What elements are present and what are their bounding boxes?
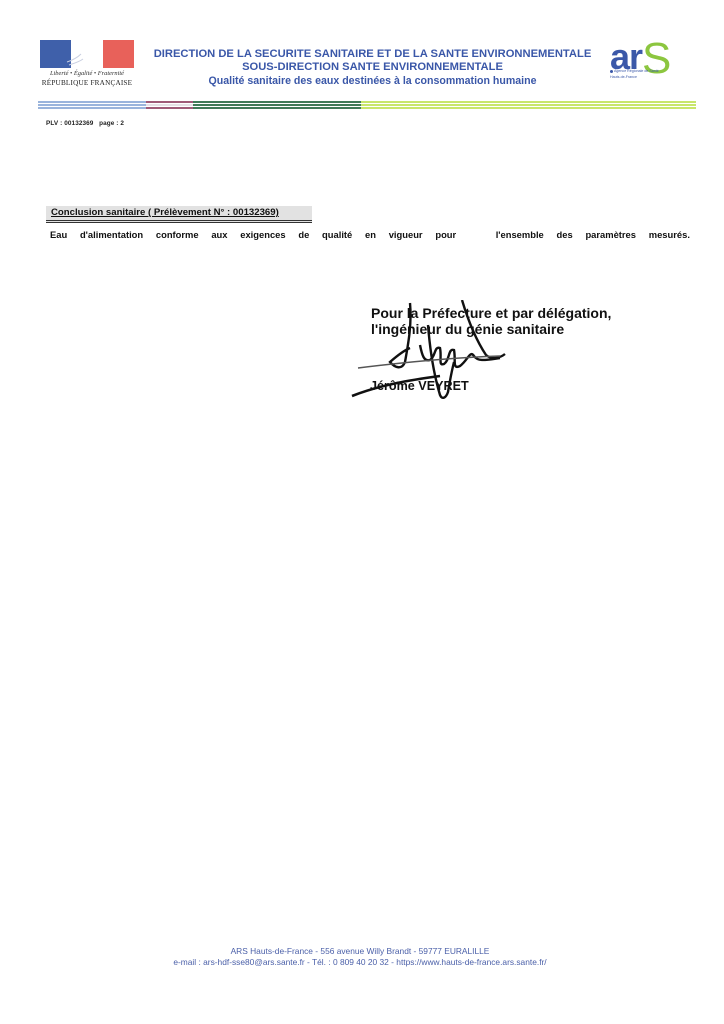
- spacer: [469, 229, 483, 240]
- conclusion-text: Eau d'alimentation conforme aux exigence…: [50, 229, 690, 240]
- conclusion-word: mesurés.: [649, 229, 690, 240]
- document-header: DIRECTION DE LA SECURITE SANITAIRE ET DE…: [140, 48, 605, 88]
- ars-logo: arS Agence Régionale de Santé Hauts-de-F…: [606, 38, 696, 90]
- conclusion-word: paramètres: [585, 229, 636, 240]
- conclusion-word: pour: [435, 229, 456, 240]
- conclusion-word: l'ensemble: [496, 229, 544, 240]
- ars-logo-agency: Agence Régionale de Santé: [614, 69, 659, 73]
- conclusion-word: des: [557, 229, 573, 240]
- republique-francaise-logo: Liberté • Égalité • Fraternité RÉPUBLIQU…: [38, 40, 136, 90]
- header-divider: [38, 101, 696, 110]
- republic-motto: Liberté • Égalité • Fraternité: [38, 70, 136, 77]
- handwritten-signature-icon: [350, 300, 530, 400]
- ars-logo-region: Hauts-de-France: [610, 75, 637, 79]
- conclusion-word: aux: [211, 229, 227, 240]
- signature-block: Pour la Préfecture et par délégation, l'…: [350, 300, 700, 400]
- conclusion-word: d'alimentation: [80, 229, 143, 240]
- conclusion-word: de: [298, 229, 309, 240]
- ars-logo-s: S: [642, 34, 670, 83]
- conclusion-word: en: [365, 229, 376, 240]
- footer-contact: e-mail : ars-hdf-sse80@ars.sante.fr - Té…: [100, 957, 620, 968]
- tricolor-flag-icon: [40, 40, 134, 68]
- conclusion-word: exigences: [240, 229, 285, 240]
- conclusion-heading-box: Conclusion sanitaire ( Prélèvement N° : …: [46, 206, 312, 223]
- sample-reference: PLV : 00132369 page : 2: [46, 120, 124, 127]
- marianne-profile-icon: [57, 40, 97, 68]
- header-title-direction: DIRECTION DE LA SECURITE SANITAIRE ET DE…: [140, 48, 605, 61]
- conclusion-word: vigueur: [389, 229, 423, 240]
- conclusion-word: qualité: [322, 229, 352, 240]
- republic-name: RÉPUBLIQUE FRANÇAISE: [38, 79, 136, 87]
- conclusion-word: conforme: [156, 229, 199, 240]
- conclusion-heading: Conclusion sanitaire ( Prélèvement N° : …: [51, 207, 279, 218]
- bullet-icon: [610, 70, 613, 73]
- conclusion-word: Eau: [50, 229, 67, 240]
- header-title-subdirection: SOUS-DIRECTION SANTE ENVIRONNEMENTALE: [140, 61, 605, 74]
- page-footer: ARS Hauts-de-France - 556 avenue Willy B…: [100, 946, 620, 968]
- header-subtitle: Qualité sanitaire des eaux destinées à l…: [140, 74, 605, 88]
- footer-address: ARS Hauts-de-France - 556 avenue Willy B…: [100, 946, 620, 957]
